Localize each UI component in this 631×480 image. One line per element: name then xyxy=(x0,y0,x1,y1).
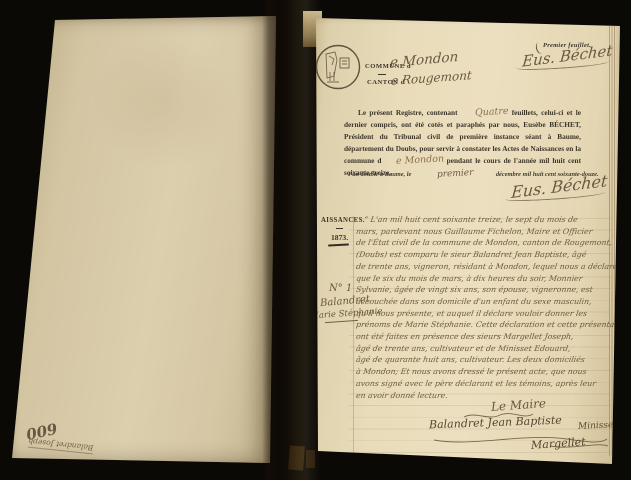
act-line: de l'État civil de la commune de Mondon,… xyxy=(355,237,615,249)
inverted-signature: Balandret Joseph xyxy=(28,437,94,455)
act-line: en avoir donné lecture. xyxy=(355,390,615,402)
act-line: mars, pardevant nous Guillaume Fichelon,… xyxy=(355,226,615,238)
separator-dash xyxy=(378,74,386,75)
act-line: âgé de quarante huit ans, cultivateur. L… xyxy=(355,354,615,366)
act-line: avons signé avec le père déclarant et le… xyxy=(355,378,615,390)
commune-name-handwritten: e Mondon xyxy=(382,159,444,162)
act-line: ont été faites en présence des sieurs Ma… xyxy=(355,331,615,343)
margin-rule xyxy=(328,243,349,246)
margin-dash xyxy=(336,228,343,229)
birth-act-text: “ L'an mil huit cent soixante treize, le… xyxy=(356,214,614,401)
margin-vertical-rule xyxy=(353,216,354,458)
act-line: prénoms de Marie Stéphanie. Cette déclar… xyxy=(355,319,615,331)
margin-year: 1873. xyxy=(331,233,348,242)
act-line: accouchée dans son domicile d'un enfant … xyxy=(355,296,615,308)
preamble-text: Le présent Registre, contenant xyxy=(358,108,461,117)
act-line: à Mondon; Et nous avons dressé le présen… xyxy=(355,366,615,378)
act-line: Sylvanie, âgée de vingt six ans, son épo… xyxy=(355,284,615,296)
feuillets-count-handwritten: Quatre xyxy=(461,112,508,114)
act-line: de trente ans, vigneron, résidant à Mond… xyxy=(355,261,615,273)
act-line: âgé de trente ans, cultivateur et de Min… xyxy=(355,343,615,355)
commune-handwritten: e Mondon xyxy=(390,49,459,71)
act-line: (Doubs) est comparu le sieur Balandret J… xyxy=(355,249,615,261)
fait-day-handwritten: premier xyxy=(437,168,474,180)
act-line: “ L'an mil huit cent soixante treize, le… xyxy=(355,214,615,226)
register-scan: 600 Balandret Joseph COMMUNE d e Mondon … xyxy=(0,0,631,480)
canton-handwritten: e Rougemont xyxy=(391,68,473,88)
signature-flourish xyxy=(432,430,610,448)
revenue-stamp-icon xyxy=(312,42,366,96)
binding-tab xyxy=(306,450,315,468)
fait-text: Fait double à Baume, le xyxy=(348,171,411,178)
act-line: qu'il nous présente, et auquel il déclar… xyxy=(355,308,615,320)
act-line: que le six du mois de mars, à dix heures… xyxy=(355,273,615,285)
left-page: 600 Balandret Joseph xyxy=(12,14,276,463)
binding-tab xyxy=(288,446,305,471)
right-page: COMMUNE d e Mondon CANTON d e Rougemont … xyxy=(298,14,620,464)
